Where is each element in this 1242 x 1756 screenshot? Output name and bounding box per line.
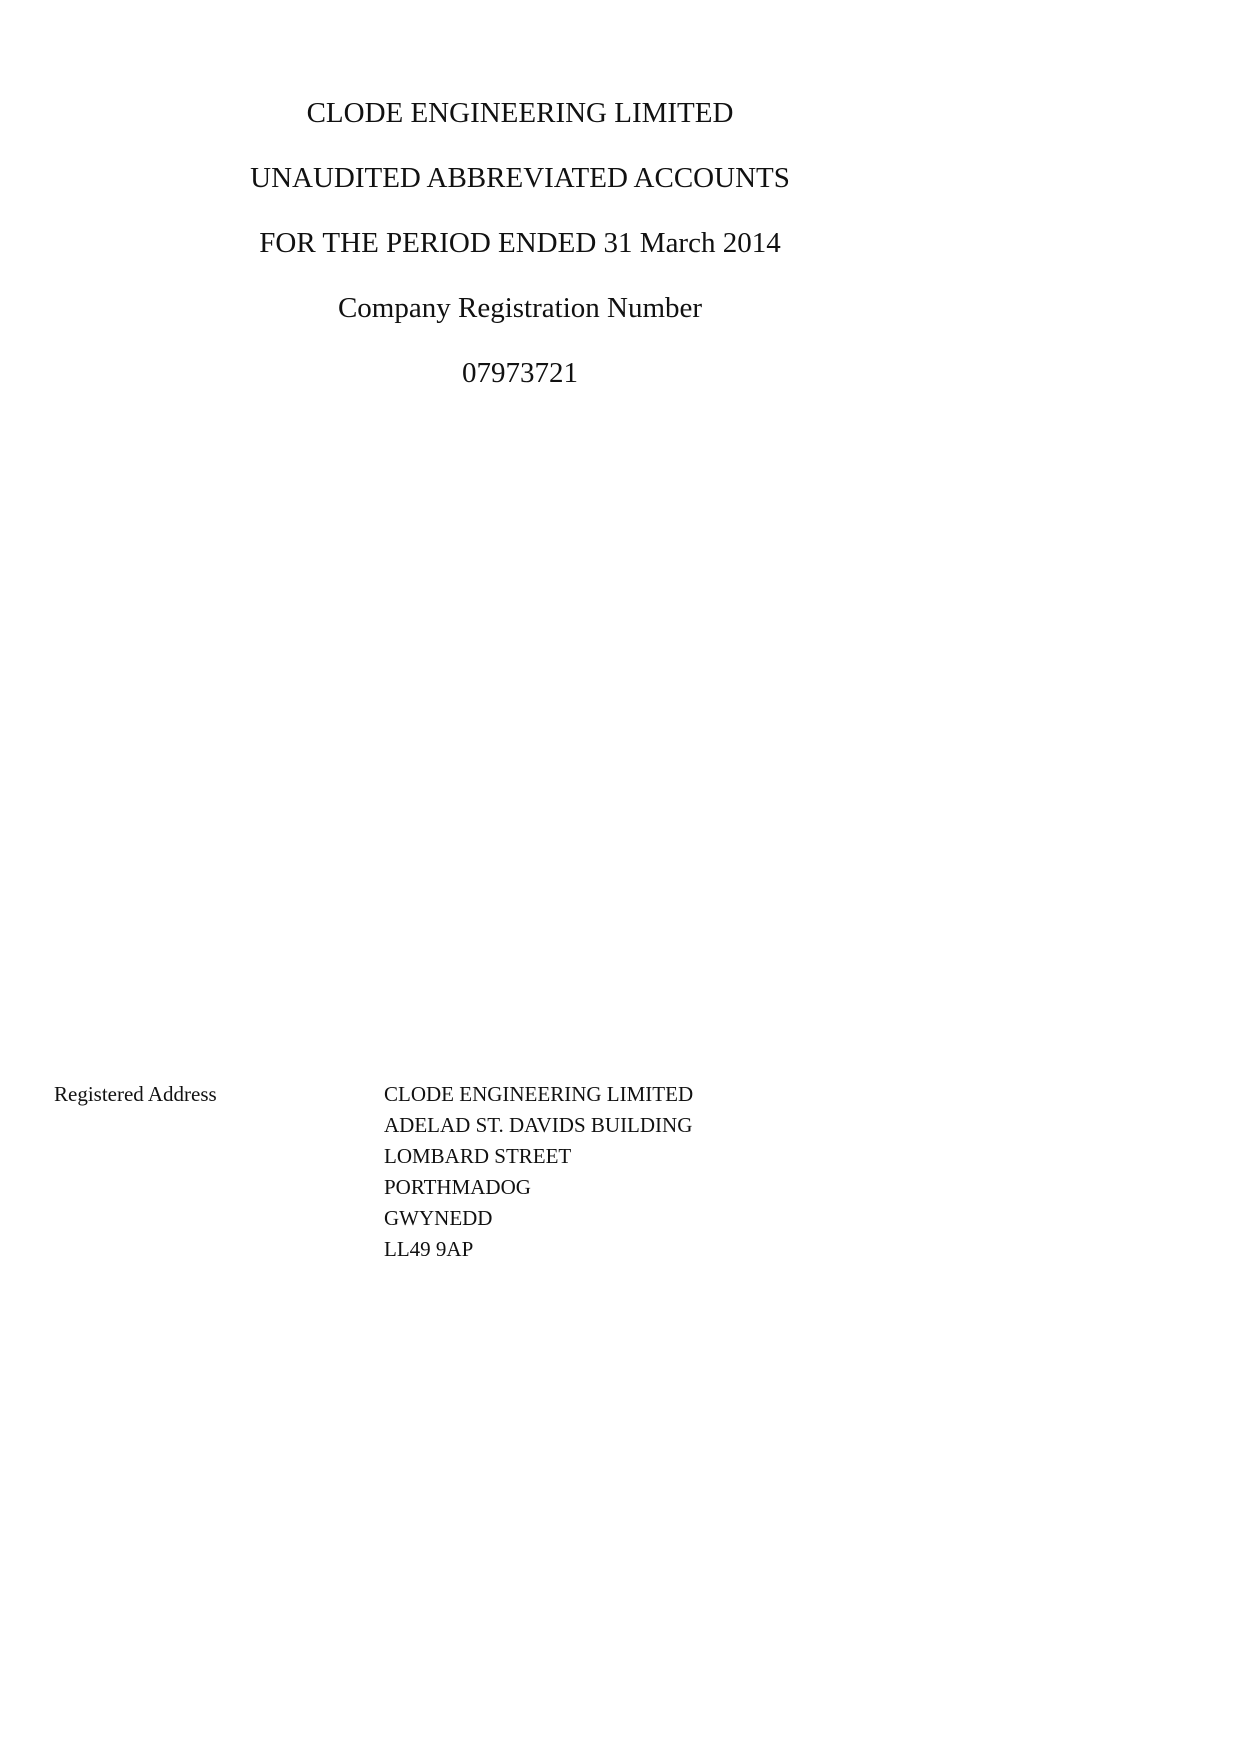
- address-line: PORTHMADOG: [384, 1172, 693, 1203]
- address-line: CLODE ENGINEERING LIMITED: [384, 1079, 693, 1110]
- address-line: GWYNEDD: [384, 1203, 693, 1234]
- address-line: ADELAD ST. DAVIDS BUILDING: [384, 1110, 693, 1141]
- address-line: LL49 9AP: [384, 1234, 693, 1265]
- period-ended: FOR THE PERIOD ENDED 31 March 2014: [120, 227, 920, 259]
- registration-label: Company Registration Number: [120, 292, 920, 324]
- registered-address-label: Registered Address: [54, 1079, 217, 1110]
- registration-number: 07973721: [120, 357, 920, 389]
- document-title: UNAUDITED ABBREVIATED ACCOUNTS: [120, 162, 920, 194]
- registered-address: CLODE ENGINEERING LIMITED ADELAD ST. DAV…: [384, 1079, 693, 1265]
- address-line: LOMBARD STREET: [384, 1141, 693, 1172]
- company-name: CLODE ENGINEERING LIMITED: [120, 97, 920, 129]
- cover-title-block: CLODE ENGINEERING LIMITED UNAUDITED ABBR…: [120, 97, 920, 422]
